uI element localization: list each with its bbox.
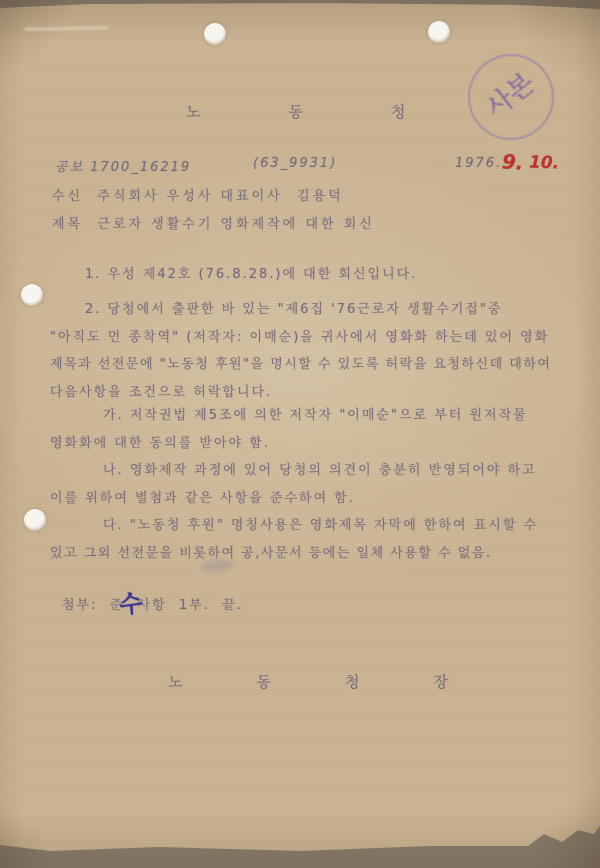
punch-hole-top-right (428, 21, 450, 43)
punch-hole-left-lower (24, 509, 46, 531)
body-line-6: 가. 저작권법 제5조에 의한 저작자 "이매순"으로 부터 원저작물 (103, 404, 528, 423)
scan-background: 사본 노동청 공보 1700_16219 (63_9931) 1976. 9. … (0, 0, 600, 868)
body-line-1: 1. 우성 제42호 (76.8.28.)에 대한 회신입니다. (85, 263, 417, 282)
body-line-11: 있고 그외 선전문을 비롯하여 공,사문서 등에는 일체 사용할 수 없음. (50, 542, 492, 561)
attachment-suffix: 사항 1부. 끝. (138, 598, 243, 613)
subject-line: 제목 근로자 생활수기 영화제작에 대한 회신 (52, 213, 375, 232)
date-day-handwritten: 10. (529, 152, 560, 173)
date-month-handwritten: 9. (501, 149, 524, 174)
body-line-10: 다. "노동청 후원" 명칭사용은 영화제목 자막에 한하여 표시할 수 (103, 514, 538, 533)
signature-title: 노동청장 (168, 671, 522, 692)
phone-number: (63_9931) (253, 156, 337, 171)
body-line-2: 2. 당청에서 출판한 바 있는 "제6집 '76근로자 생활수기집"중 (85, 298, 502, 317)
recipient-line: 수신 주식회사 우성사 대표이사 김용덕 (52, 185, 344, 204)
body-line-9: 이를 위하여 별첨과 같은 사항을 준수하여 함. (50, 487, 355, 506)
punch-hole-left-upper (21, 284, 43, 306)
document-number: 공보 1700_16219 (55, 156, 191, 175)
body-line-3: "아직도 먼 종착역" (저작자: 이매순)을 귀사에서 영화화 하는데 있어 … (50, 326, 549, 345)
body-line-7: 영화화에 대한 동의를 받아야 함. (50, 432, 270, 451)
agency-title: 노동청 (186, 101, 493, 122)
attachment-line: 첨부: 준수사항 1부. 끝. (62, 581, 243, 616)
body-line-4: 제목과 선전문에 "노동청 후원"을 명시할 수 있도록 허락을 요청하신데 대… (50, 353, 551, 372)
handwritten-correction-char: 수 (117, 583, 146, 621)
date-year-typed: 1976. (455, 156, 502, 171)
attachment-prefix: 첨부: 준 (62, 598, 124, 613)
body-line-5: 다음사항을 조건으로 허락합니다. (50, 381, 272, 400)
body-line-8: 나. 영화제작 과정에 있어 당청의 의견이 충분히 반영되어야 하고 (103, 459, 537, 478)
punch-hole-top-left (204, 23, 226, 45)
